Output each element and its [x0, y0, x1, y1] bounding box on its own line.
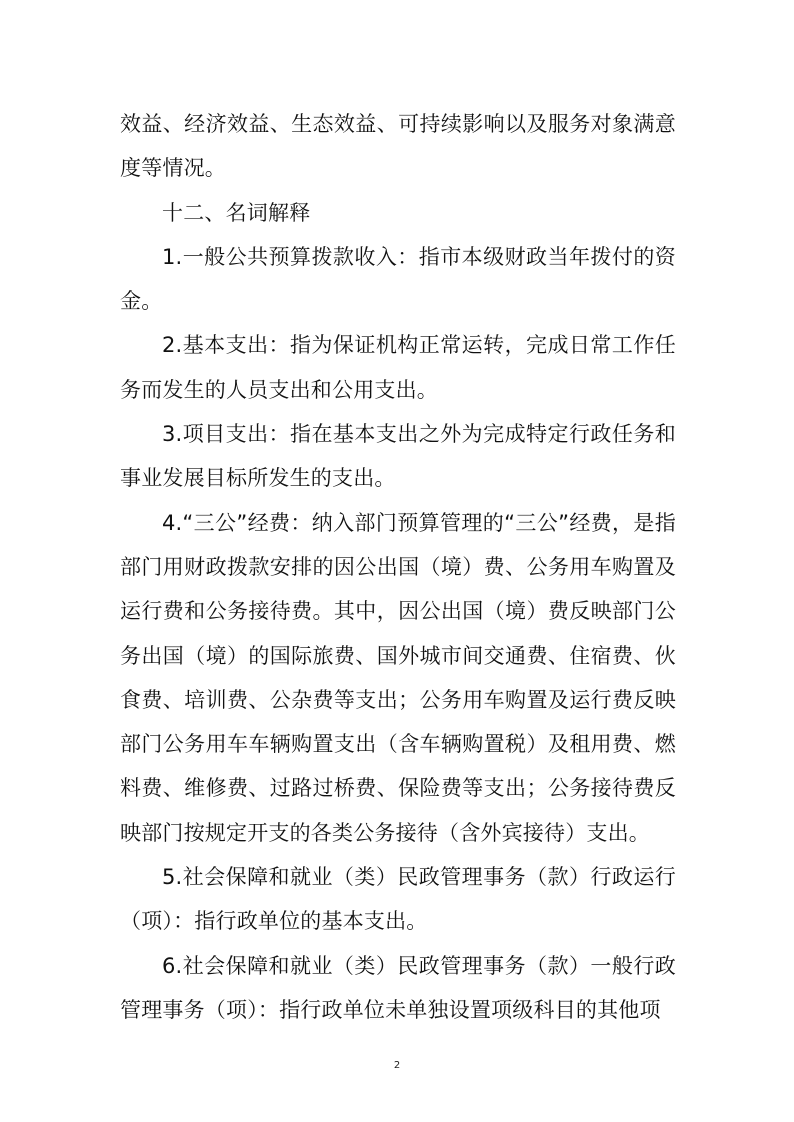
- document-body: 效益、经济效益、生态效益、可持续影响以及服务对象满意度等情况。 十二、名词解释 …: [120, 102, 676, 1032]
- glossary-item-3: 3.项目支出：指在基本支出之外为完成特定行政任务和事业发展目标所发生的支出。: [120, 412, 676, 501]
- glossary-item-5: 5.社会保障和就业（类）民政管理事务（款）行政运行（项）：指行政单位的基本支出。: [120, 855, 676, 944]
- page-number: 2: [0, 1060, 794, 1071]
- glossary-item-6: 6.社会保障和就业（类）民政管理事务（款）一般行政管理事务（项）：指行政单位未单…: [120, 944, 676, 1033]
- glossary-item-4: 4.“三公”经费：纳入部门预算管理的“三公”经费，是指部门用财政拨款安排的因公出…: [120, 501, 676, 855]
- paragraph-continuation: 效益、经济效益、生态效益、可持续影响以及服务对象满意度等情况。: [120, 102, 676, 191]
- section-heading-glossary: 十二、名词解释: [120, 191, 676, 235]
- glossary-item-1: 1.一般公共预算拨款收入：指市本级财政当年拨付的资金。: [120, 235, 676, 324]
- glossary-item-2: 2.基本支出：指为保证机构正常运转，完成日常工作任务而发生的人员支出和公用支出。: [120, 323, 676, 412]
